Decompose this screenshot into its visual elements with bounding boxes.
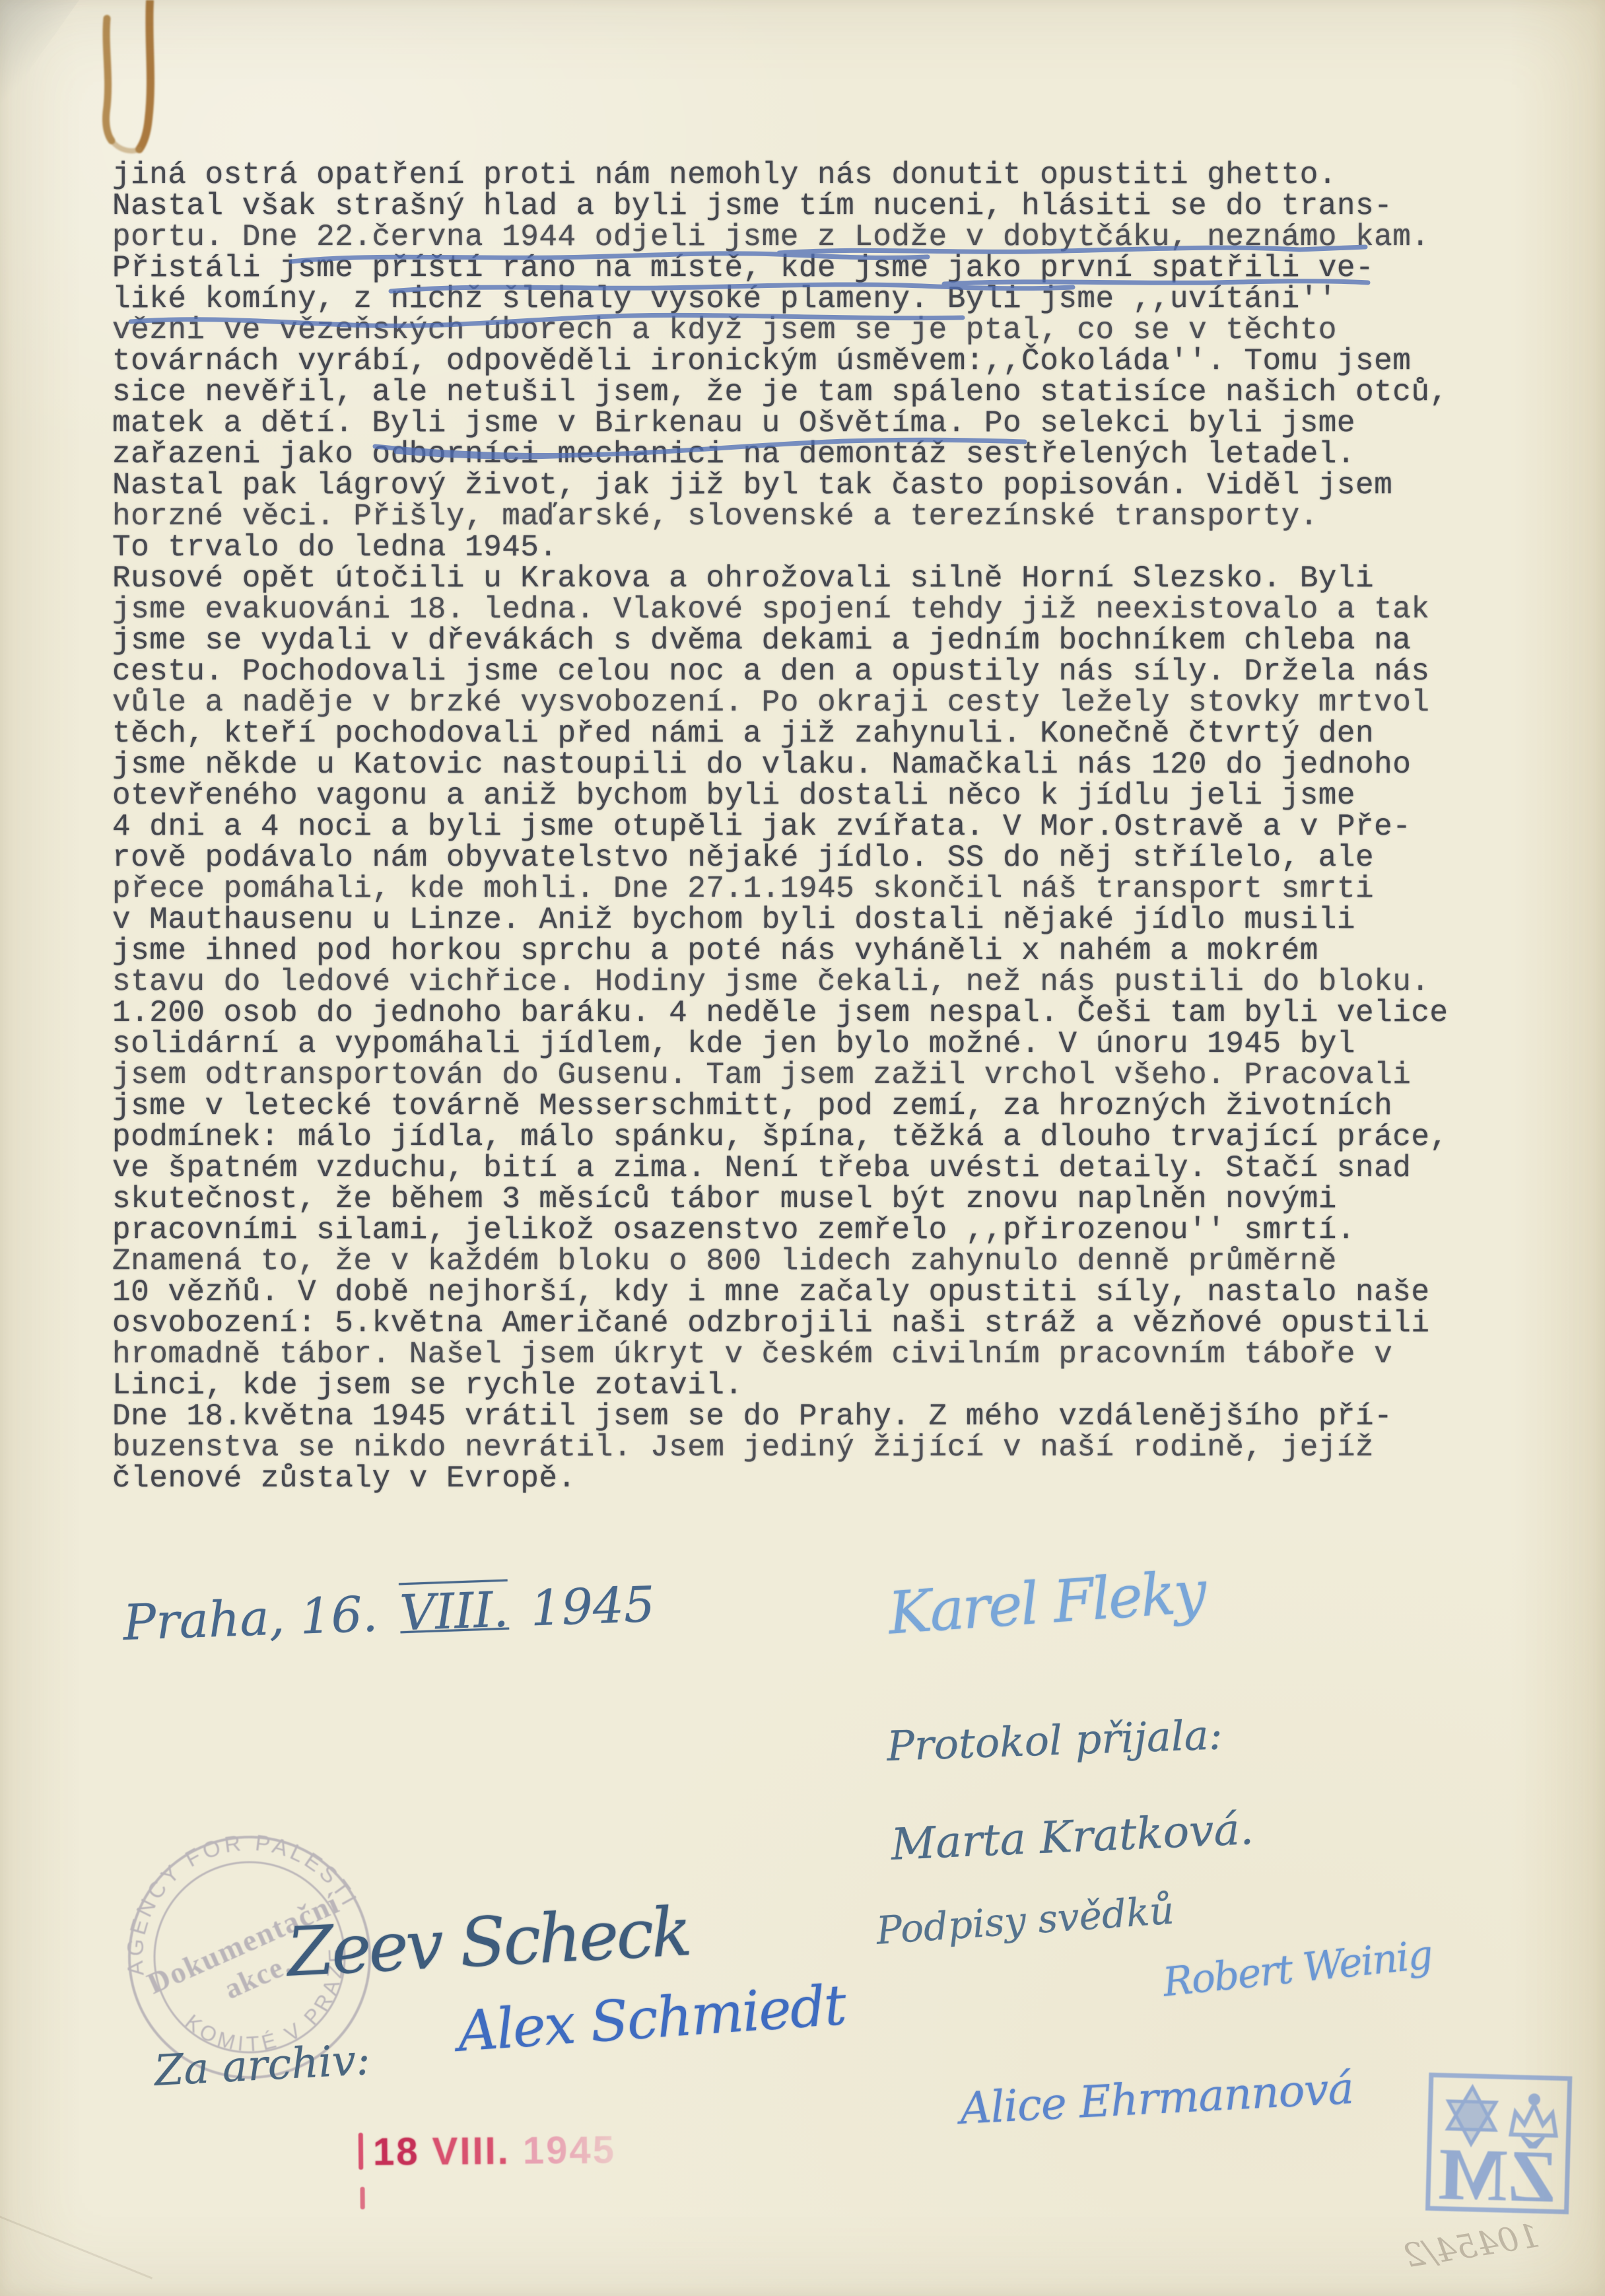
typed-line: rově podávalo nám obyvatelstvo nějaké jí… <box>112 843 1499 874</box>
museum-stamp-letters-mirrored: ŽM <box>1437 2134 1558 2219</box>
typed-line: jsme někde u Katovic nastoupili do vlaku… <box>112 749 1499 781</box>
typed-line: liké komíny, z nichž šlehaly vysoké plam… <box>112 284 1499 315</box>
stamp-tick-mark <box>359 2133 363 2170</box>
typed-line: ve špatném vzduchu, bití a zima. Není tř… <box>112 1153 1499 1184</box>
pencil-inventory-note-mirrored: 10454/2 <box>1401 2216 1542 2276</box>
place-date-year: 1945 <box>529 1576 656 1638</box>
witness-signature-1: Robert Weinig <box>1161 1931 1434 2005</box>
typed-line: Nastal pak lágrový život, jak již byl ta… <box>112 470 1499 501</box>
typed-line: Nastal však strašný hlad a byli jsme tím… <box>112 191 1499 222</box>
witness-signature-2: Alice Ehrmannová <box>959 2063 1355 2134</box>
typed-line: podmínek: málo jídla, málo spánku, špína… <box>112 1122 1499 1153</box>
archive-label: Za archiv: <box>153 2036 371 2096</box>
rust-paperclip-mark <box>86 0 185 165</box>
typed-line: 1.200 osob do jednoho baráku. 4 neděle j… <box>112 998 1499 1029</box>
typed-line: 10 vězňů. V době nejhorší, kdy i mne zač… <box>112 1277 1499 1308</box>
typed-line: portu. Dne 22.června 1944 odjeli jsme z … <box>112 222 1499 253</box>
typed-line: horzné věci. Přišly, maďarské, slovenské… <box>112 501 1499 532</box>
typed-line: osvobození: 5.května Američané odzbrojil… <box>112 1308 1499 1339</box>
typed-line: členové zůstaly v Evropě. <box>112 1463 1499 1494</box>
typed-line: jsem odtransportován do Gusenu. Tam jsem… <box>112 1060 1499 1091</box>
typed-line: cestu. Pochodovali jsme celou noc a den … <box>112 656 1499 687</box>
typed-line: otevřeného vagonu a aniž bychom byli dos… <box>112 781 1499 812</box>
scan-corner-patch <box>0 0 79 112</box>
typed-line: matek a dětí. Byli jsme v Birkenau u Ošv… <box>112 408 1499 439</box>
typed-line: Dne 18.května 1945 vrátil jsem se do Pra… <box>112 1401 1499 1432</box>
typed-line: solidární a vypomáhali jídlem, kde jen b… <box>112 1029 1499 1060</box>
handwritten-place-date: Praha, 16. VIII. 1945 <box>122 1576 656 1652</box>
stamp-tick-mark <box>360 2187 364 2209</box>
date-stamp-year: 1945 <box>523 2128 617 2172</box>
place-date-prefix: Praha, 16. <box>122 1586 379 1652</box>
protocol-recorder-name: Marta Kratková. <box>890 1803 1254 1870</box>
typed-line: v Mauthausenu u Linze. Aniž bychom byli … <box>112 905 1499 936</box>
typed-line: To trvalo do ledna 1945. <box>112 532 1499 563</box>
typed-line: přece pomáhali, kde mohli. Dne 27.1.1945… <box>112 874 1499 905</box>
typed-line: jiná ostrá opatření proti nám nemohly ná… <box>112 160 1499 191</box>
archive-signature: Alex Schmiedt <box>456 1972 847 2064</box>
typed-line: jsme se vydali v dřevákách s dvěma dekam… <box>112 625 1499 656</box>
protocol-received-label: Protokol přijala: <box>886 1710 1223 1770</box>
typed-line: sice nevěřil, ale netušil jsem, že je ta… <box>112 377 1499 408</box>
typed-line: hromadně tábor. Našel jsem úkryt v české… <box>112 1339 1499 1370</box>
place-date-roman-month: VIII. <box>399 1582 510 1642</box>
witness-signatures-heading: Podpisy svědků <box>875 1887 1176 1953</box>
crown-icon <box>1511 2095 1557 2136</box>
date-stamp-day: 18 <box>373 2130 420 2174</box>
typed-line: stavu do ledové vichřice. Hodiny jsme če… <box>112 967 1499 998</box>
typed-line: těch, kteří pochodovali před námi a již … <box>112 718 1499 749</box>
paper-crease <box>0 2213 153 2279</box>
typed-testimony-text: jiná ostrá opatření proti nám nemohly ná… <box>112 160 1499 1494</box>
typed-line: zařazeni jako odborníci mechanici na dem… <box>112 439 1499 470</box>
typed-line: vězni ve vězeňských úborech a když jsem … <box>112 315 1499 346</box>
typed-line: jsme v letecké továrně Messerschmitt, po… <box>112 1091 1499 1122</box>
red-date-stamp: 18 VIII. 1945 <box>373 2128 617 2174</box>
typed-line: buzenstva se nikdo nevrátil. Jsem jediný… <box>112 1432 1499 1463</box>
museum-stamp: ŽM <box>1421 2069 1579 2226</box>
witness-main-signature: Karel Fleky <box>886 1558 1207 1648</box>
typed-line: Přistáli jsme příští ráno na místě, kde … <box>112 253 1499 284</box>
typed-line: továrnách vyrábí, odpověděli ironickým ú… <box>112 346 1499 377</box>
typed-line: vůle a naděje v brzké vysvobození. Po ok… <box>112 687 1499 718</box>
typed-line: Znamená to, že v každém bloku o 800 lide… <box>112 1246 1499 1277</box>
typed-line: jsme evakuováni 18. ledna. Vlakové spoje… <box>112 594 1499 625</box>
typed-line: skutečnost, že během 3 měsíců tábor muse… <box>112 1184 1499 1215</box>
typed-line: Rusové opět útočili u Krakova a ohrožova… <box>112 563 1499 594</box>
typed-line: 4 dni a 4 noci a byli jsme otupěli jak z… <box>112 812 1499 843</box>
typed-line: Linci, kde jsem se rychle zotavil. <box>112 1370 1499 1401</box>
typed-line: pracovními silami, jelikož osazenstvo ze… <box>112 1215 1499 1246</box>
typed-line: jsme ihned pod horkou sprchu a poté nás … <box>112 936 1499 967</box>
scanned-document-page: jiná ostrá opatření proti nám nemohly ná… <box>0 0 1605 2296</box>
date-stamp-month: VIII. <box>432 2130 510 2173</box>
